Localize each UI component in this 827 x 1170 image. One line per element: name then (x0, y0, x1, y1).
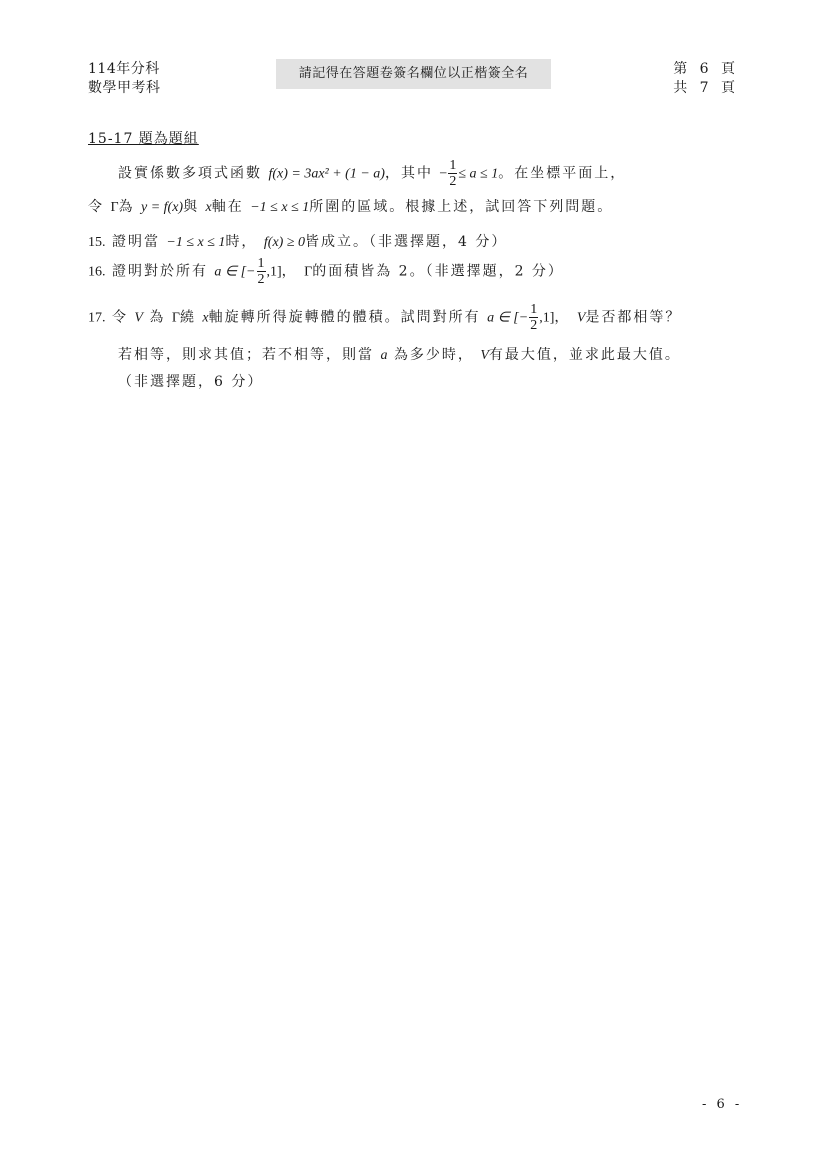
question-17-line3: （非選擇題，6 分） (118, 371, 263, 391)
a-symbol: a (380, 348, 387, 363)
intro-text: 所圍的區域。根據上述，試回答下列問題。 (309, 199, 613, 215)
interval-formula: a ∈ [− (487, 311, 528, 326)
intro-text: 與 (183, 199, 199, 215)
question-text: 是否都相等？ (585, 310, 681, 326)
frac-num: 1 (448, 158, 457, 174)
frac-num: 1 (529, 302, 538, 318)
interval-formula: a ∈ [− (214, 265, 255, 280)
intro-text: 令 (88, 199, 104, 215)
question-16: 16. 證明對於所有 a ∈ [−12,1]， Γ的面積皆為 2。（非選擇題，2… (88, 256, 564, 287)
page-total: 共 7 頁 (673, 79, 739, 98)
question-text: 繞 (180, 310, 196, 326)
question-text: 證明當 (112, 234, 160, 250)
question-17-line1: 17. 令 V 為 Γ繞 x軸旋轉所得旋轉體的體積。試問對所有 a ∈ [−12… (88, 302, 681, 333)
question-17-line2: 若相等，則求其值；若不相等，則當 a 為多少時， V有最大值，並求此最大值。 (118, 344, 681, 364)
question-text: 為多少時， (394, 347, 474, 363)
group-intro-line1: 設實係數多項式函數 f(x) = 3ax² + (1 − a)，其中 −12≤ … (118, 158, 626, 189)
intro-text: ，其中 (385, 166, 433, 182)
intro-text: 為 (119, 199, 135, 215)
group-intro-line2: 令 Γ為 y = f(x)與 x軸在 −1 ≤ x ≤ 1所圍的區域。根據上述，… (88, 196, 613, 216)
fraction: 12 (257, 256, 266, 287)
interval-formula: ,1] (539, 311, 554, 326)
interval-formula: ,1] (267, 265, 282, 280)
intro-text: 設實係數多項式函數 (118, 166, 262, 182)
v-symbol: V (134, 311, 143, 326)
gamma-symbol: Γ (110, 200, 118, 215)
intro-text: 。在坐標平面上， (498, 166, 626, 182)
question-text: 若相等，則求其值；若不相等，則當 (118, 347, 374, 363)
question-15: 15. 證明當 −1 ≤ x ≤ 1時， f(x) ≥ 0皆成立。（非選擇題，4… (88, 231, 507, 251)
frac-den: 2 (449, 174, 456, 189)
question-text: ， (282, 264, 298, 280)
group-title: 15-17 題為題組 (88, 128, 199, 148)
frac-den: 2 (530, 318, 537, 333)
question-text: 皆成立。（非選擇題，4 分） (305, 234, 507, 250)
question-number: 17. (88, 311, 106, 326)
frac-den: 2 (258, 272, 265, 287)
question-text: 令 (112, 310, 128, 326)
curve-formula: y = f(x) (141, 200, 183, 215)
gamma-symbol: Γ (304, 265, 312, 280)
question-number: 15. (88, 235, 106, 250)
frac-num: 1 (257, 256, 266, 272)
inequality-formula: f(x) ≥ 0 (264, 235, 305, 250)
question-text: 的面積皆為 2。（非選擇題，2 分） (312, 264, 564, 280)
gamma-symbol: Γ (172, 311, 180, 326)
page-indicator: 第 6 頁 共 7 頁 (673, 60, 739, 98)
a-condition: ≤ a ≤ 1 (458, 167, 498, 182)
question-text: 軸旋轉所得旋轉體的體積。試問對所有 (209, 310, 481, 326)
question-number: 16. (88, 265, 106, 280)
x-range: −1 ≤ x ≤ 1 (250, 200, 309, 215)
fraction: 12 (448, 158, 457, 189)
page-footer-number: - 6 - (702, 1097, 742, 1112)
exam-subject-label: 數學甲考科 (88, 79, 161, 98)
intro-text: 軸在 (212, 199, 244, 215)
v-symbol: V (480, 348, 489, 363)
x-range: −1 ≤ x ≤ 1 (166, 235, 225, 250)
question-text: 為 (149, 310, 165, 326)
question-text: 有最大值，並求此最大值。 (489, 347, 681, 363)
page-current: 第 6 頁 (673, 60, 739, 79)
fraction: 12 (529, 302, 538, 333)
question-text: ， (554, 310, 570, 326)
signature-notice: 請記得在答題卷簽名欄位以正楷簽全名 (276, 59, 551, 89)
function-formula: f(x) = 3ax² + (1 − a) (268, 167, 385, 182)
exam-subject: 114年分科 數學甲考科 (88, 60, 161, 98)
exam-year-label: 114年分科 (88, 60, 161, 79)
question-text: 證明對於所有 (112, 264, 208, 280)
question-text: 時， (225, 234, 257, 250)
